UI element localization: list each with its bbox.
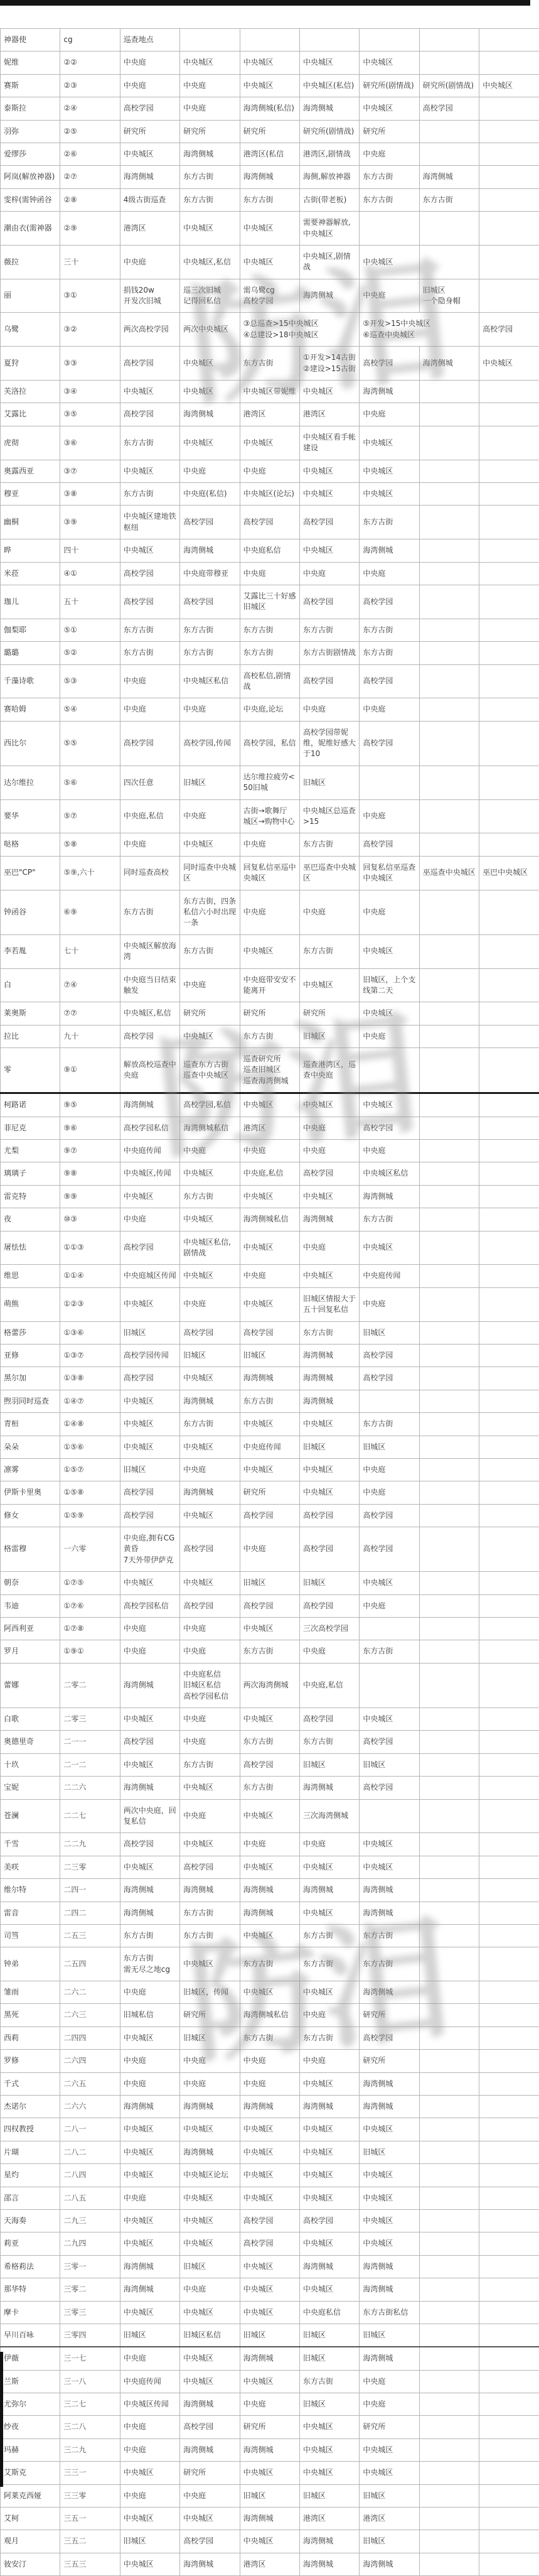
patrol-location-cell: 中央城区 xyxy=(360,1572,419,1594)
cg-number-cell: 四十 xyxy=(60,539,120,562)
empty-cell xyxy=(419,1287,479,1321)
table-row: 格雷穆一六零中央庭,拥有CG黄昏 7天外带伊萨克高校学园中央庭高校学园高校学园 xyxy=(1,1527,539,1572)
patrol-location-cell: 海湾侧城 xyxy=(180,2096,240,2118)
empty-cell xyxy=(479,2072,539,2095)
patrol-location-cell: 中央庭 xyxy=(120,2347,179,2370)
cg-number-cell: ①⑤⑨ xyxy=(60,1504,120,1527)
cg-number-cell: 二一一 xyxy=(60,1731,120,1753)
patrol-location-cell: 中央城区 xyxy=(180,2301,240,2324)
patrol-location-cell: 高校学园 xyxy=(299,1594,359,1617)
patrol-location-cell: 中央城区 xyxy=(299,2416,359,2438)
patrol-location-cell: 中央城区 xyxy=(120,2301,179,2324)
cg-number-cell: 二六四 xyxy=(60,2050,120,2072)
patrol-location-cell: 中央城区 xyxy=(120,2027,179,2049)
character-name-cell: 凛雾 xyxy=(1,1458,60,1481)
patrol-location-cell: 海湾侧城私信 xyxy=(180,1117,240,1139)
patrol-location-cell: 东方古街 xyxy=(120,1924,179,1947)
table-row: 伽梨耶⑤①东方古街东方古街东方古街东方古街东方古街 xyxy=(1,619,539,641)
patrol-location-cell: 中央城区 xyxy=(240,1287,299,1321)
patrol-location-cell: 中央庭 xyxy=(299,1231,359,1265)
patrol-location-cell: 巡查港湾区，巡查中央庭 xyxy=(299,1048,359,1093)
empty-cell xyxy=(419,1707,479,1730)
cg-number-cell: 二六五 xyxy=(60,2072,120,2095)
character-name-cell: 罗月 xyxy=(1,1640,60,1663)
table-row: 千雪二二九高校学园中央城区中央庭中央庭中央城区 xyxy=(1,1833,539,1856)
patrol-location-cell: 中央城区 xyxy=(180,426,240,460)
empty-cell xyxy=(479,482,539,505)
patrol-location-cell: 高校学园 xyxy=(299,1504,359,1527)
patrol-location-cell: 东方古街 xyxy=(180,166,240,188)
empty-cell xyxy=(419,833,479,856)
empty-cell xyxy=(419,1481,479,1504)
patrol-location-cell: 海侧,解放神器 xyxy=(299,166,359,188)
patrol-location-cell: 高校学园 xyxy=(360,833,419,856)
empty-cell xyxy=(479,1048,539,1093)
character-name-cell: 奥露西亚 xyxy=(1,460,60,482)
patrol-table-body: 妮维②②中央庭中央城区中央城区中央城区中央城区赛斯②③中央庭中央庭中央城区中央城… xyxy=(1,51,539,2576)
patrol-location-cell: 中央城区 xyxy=(240,1981,299,2004)
character-name-cell: 天海奏 xyxy=(1,2209,60,2232)
table-row: 青桓①④⑧中央城区东方古街中央城区中央城区东方古街 xyxy=(1,1413,539,1436)
empty-cell xyxy=(479,1093,539,1117)
table-row: 雏雨二六二中央庭旧城区，传闻中央城区中央城区海湾侧城 xyxy=(1,1981,539,2004)
table-row: 罗月①⑨①中央庭中央庭东方古街中央庭东方古街 xyxy=(1,1640,539,1663)
patrol-location-cell: 巡三次旧城 记得回私信 xyxy=(180,279,240,313)
patrol-location-cell: 高校学园 xyxy=(240,1594,299,1617)
empty-cell xyxy=(419,1321,479,1344)
patrol-location-cell: 中央庭 xyxy=(120,2187,179,2209)
empty-cell xyxy=(479,2232,539,2255)
cg-number-cell: ⑤⑧ xyxy=(60,833,120,856)
patrol-location-cell: 中央城区 xyxy=(299,968,359,1002)
empty-cell xyxy=(479,934,539,968)
patrol-location-cell: 东方古街 xyxy=(299,2370,359,2393)
patrol-location-cell: 中央庭 xyxy=(360,1481,419,1504)
table-row: 薇拉三十中央庭中央城区,私信中央城区中央城区,剧情战中央城区 xyxy=(1,245,539,279)
patrol-location-cell: 中央城区 xyxy=(360,2164,419,2187)
patrol-location-cell: 东方古街 xyxy=(180,1413,240,1436)
empty-cell xyxy=(419,51,479,74)
table-row: 杰诺尔二六六海湾侧城海湾侧城海湾侧城海湾侧城海湾侧城 xyxy=(1,2096,539,2118)
character-name-cell: 阿岚(解放神器) xyxy=(1,166,60,188)
patrol-location-cell: 中央城区 xyxy=(240,51,299,74)
patrol-location-cell: 两次中央城区 xyxy=(180,313,240,347)
patrol-location-cell: 中央庭 xyxy=(360,2370,419,2393)
patrol-location-cell: 旧城区 xyxy=(360,1321,419,1344)
patrol-location-cell: 东方古街 xyxy=(120,642,179,664)
patrol-location-cell: 中央城区 xyxy=(360,97,419,120)
table-row: 钟函谷⑥⑨东方古街东方古街，四条 私信六小时出现一条中央庭中央庭中央庭 xyxy=(1,890,539,934)
cg-number-cell: 三五一 xyxy=(60,2508,120,2530)
table-row: 艾露比③⑤高校学园海湾侧城港湾区港湾区中央庭 xyxy=(1,403,539,426)
empty-cell xyxy=(479,1731,539,1753)
patrol-location-cell: 东方古街 xyxy=(360,1413,419,1436)
patrol-location-cell: 旧城区 xyxy=(360,2141,419,2163)
character-name-cell: 阿莱克西娅 xyxy=(1,2484,60,2507)
patrol-location-cell: 东方古街私信 xyxy=(360,2301,419,2324)
empty-cell xyxy=(479,120,539,143)
empty-cell xyxy=(479,539,539,562)
patrol-location-cell: 中央城区,剧情战 xyxy=(299,245,359,279)
patrol-location-cell: 高校学园 xyxy=(299,1707,359,1730)
patrol-location-cell: 旧城区 xyxy=(360,2324,419,2347)
patrol-location-cell: 海湾侧城 xyxy=(299,1367,359,1390)
table-row: 屠怯怯①①③高校学园中央城区私信,剧情战中央城区中央庭中央城区 xyxy=(1,1231,539,1265)
cg-number-cell: ⑤⑨,六十 xyxy=(60,856,120,890)
patrol-location-cell: 研究所(剧情战) xyxy=(419,74,479,97)
patrol-location-cell: 东方古街 xyxy=(240,1947,299,1981)
patrol-location-cell: 高校学园 xyxy=(180,1856,240,1878)
patrol-location-cell: 中央城区,私信 xyxy=(180,245,240,279)
character-name-cell: 达尔维拉 xyxy=(1,766,60,799)
empty-cell xyxy=(479,766,539,799)
table-row: 乌鹭③②两次高校学园两次中央城区③总巡查>15中央城区 ④总建设>18中央城区⑤… xyxy=(1,313,539,347)
cg-number-cell: 五十 xyxy=(60,585,120,619)
patrol-location-cell: 中央城区 xyxy=(120,2462,179,2484)
patrol-location-cell: 中央城区 xyxy=(120,2553,179,2575)
patrol-location-cell: 研究所 xyxy=(240,1481,299,1504)
table-row: 那华特三零二海湾侧城中央庭中央城区中央城区海湾侧城 xyxy=(1,2278,539,2301)
cg-number-cell: ①③⑥ xyxy=(60,1321,120,1344)
patrol-location-cell: 高校学园 xyxy=(360,2027,419,2049)
character-name-cell: 邵言 xyxy=(1,2187,60,2209)
patrol-location-cell: 中央庭 xyxy=(180,1731,240,1753)
patrol-location-cell: 研究所 xyxy=(240,2416,299,2438)
table-row: 片瑚二八二中央城区海湾侧城中央城区中央城区旧城区 xyxy=(1,2141,539,2163)
patrol-location-cell: 海湾侧城私信 xyxy=(240,2004,299,2027)
empty-cell xyxy=(479,562,539,585)
patrol-location-cell: 旧城区情报大于五十回复私信 xyxy=(299,1287,359,1321)
character-name-cell: 钟弟 xyxy=(1,1947,60,1981)
empty-cell xyxy=(360,1390,419,1412)
table-row: 星灼二八四中央城区中央城区论坛中央城区中央城区中央城区 xyxy=(1,2164,539,2187)
patrol-location-cell: 东方古街 xyxy=(360,1640,419,1663)
patrol-location-cell: 中央庭 xyxy=(299,1833,359,1856)
empty-cell xyxy=(479,97,539,120)
cg-number-cell: 三十 xyxy=(60,245,120,279)
character-name-cell: 杰诺尔 xyxy=(1,2096,60,2118)
table-row: 天海奏二九三中央城区中央城区高校学园高校学园中央城区 xyxy=(1,2209,539,2232)
table-row: 阿岚(解放神器)②⑦海湾侧城东方古街海湾侧城海侧,解放神器东方古街海湾侧城 xyxy=(1,166,539,188)
empty-cell xyxy=(479,1618,539,1640)
patrol-location-cell: 中央城区 xyxy=(180,1436,240,1458)
patrol-location-cell: 港湾区 xyxy=(240,1117,299,1139)
empty-cell xyxy=(419,1344,479,1366)
empty-cell xyxy=(419,1048,479,1093)
patrol-location-cell: 中央城区 xyxy=(240,1707,299,1730)
table-row: 雷音二四二海湾侧城东方古街海湾侧城中央城区海湾侧城 xyxy=(1,1902,539,1924)
empty-cell xyxy=(419,1663,479,1707)
patrol-location-cell: 中央庭 xyxy=(360,1458,419,1481)
empty-cell xyxy=(479,2553,539,2575)
cg-number-cell: 三零三 xyxy=(60,2301,120,2324)
empty-cell xyxy=(479,1025,539,1047)
patrol-location-cell: 海湾侧城 xyxy=(120,1093,179,1117)
patrol-location-cell: 中央城区私信 xyxy=(360,1162,419,1185)
patrol-location-cell: 东方古街 xyxy=(180,642,240,664)
cg-number-cell: 七十 xyxy=(60,934,120,968)
cg-number-cell: 三二八 xyxy=(60,2416,120,2438)
empty-cell xyxy=(479,1902,539,1924)
character-name-cell: 煦羽同时巡查 xyxy=(1,1390,60,1412)
character-name-cell: 修女 xyxy=(1,1504,60,1527)
table-row: 尤梨⑨⑦中央庭传闻中央庭中央庭中央庭中央庭 xyxy=(1,1140,539,1162)
patrol-location-cell: 研究所 xyxy=(240,120,299,143)
patrol-location-cell: 中央城区 xyxy=(180,1025,240,1047)
empty-cell xyxy=(479,2462,539,2484)
patrol-location-cell: 中央城区带妮维 xyxy=(240,381,299,403)
empty-cell xyxy=(479,1185,539,1208)
character-name-cell: 西比尔 xyxy=(1,721,60,766)
cg-number-cell: 二零三 xyxy=(60,1707,120,1730)
left-border-strip xyxy=(0,2352,3,2487)
empty-cell xyxy=(479,2393,539,2416)
patrol-location-cell: 东方古街 xyxy=(240,1640,299,1663)
table-row: 巫巴"CP"⑤⑨,六十同时巡查高校同时巡查中央城区回复私信巫巡中央城区巫巴巡查中… xyxy=(1,856,539,890)
patrol-location-cell: 中央城区 xyxy=(120,1287,179,1321)
table-row: 千式二六五中央庭中央庭中央庭中央城区海湾侧城 xyxy=(1,2072,539,2095)
empty-cell xyxy=(419,1527,479,1572)
cg-number-cell: 三零二 xyxy=(60,2278,120,2301)
table-row: 奥德里奇二一一高校学园中央庭东方古街东方古街高校学园 xyxy=(1,1731,539,1753)
character-name-cell: 璃璃子 xyxy=(1,1162,60,1185)
patrol-location-cell: 艾露比三十好感旧城区 xyxy=(240,585,299,619)
cg-number-cell: ②⑥ xyxy=(60,143,120,165)
patrol-location-cell: 旧城区 xyxy=(240,2484,299,2507)
patrol-location-cell: 中央城区 xyxy=(240,2278,299,2301)
empty-cell xyxy=(479,2187,539,2209)
patrol-location-cell: 港湾区 xyxy=(120,212,179,246)
patrol-location-cell: 巡查东方古街 巡查中央城区 xyxy=(180,1048,240,1093)
empty-cell xyxy=(419,2164,479,2187)
patrol-location-cell: 海湾侧城 xyxy=(240,2438,299,2461)
patrol-location-cell: 中央庭,拥有CG黄昏 7天外带伊萨克 xyxy=(120,1527,179,1572)
character-name-cell: 零 xyxy=(1,1048,60,1093)
empty-cell xyxy=(479,642,539,664)
patrol-location-cell: 中央城区 xyxy=(360,2209,419,2232)
patrol-location-cell: 古街→歌舞厅 城区→购物中心 xyxy=(240,799,299,833)
patrol-location-cell: 中央城区 xyxy=(360,2118,419,2141)
patrol-location-cell: 中央庭传闻 xyxy=(240,1436,299,1458)
patrol-location-cell: 中央城区 xyxy=(120,539,179,562)
empty-cell xyxy=(479,721,539,766)
empty-cell xyxy=(419,1947,479,1981)
patrol-location-cell: 东方古街 xyxy=(180,188,240,211)
patrol-location-cell: 高校学园 xyxy=(120,562,179,585)
empty-cell xyxy=(360,1799,419,1833)
empty-cell xyxy=(419,1504,479,1527)
patrol-location-cell: 高校学园 xyxy=(360,1367,419,1390)
patrol-location-cell: 旧城区 xyxy=(299,1753,359,1776)
patrol-location-cell: 东方古街 xyxy=(240,2027,299,2049)
patrol-location-cell: 旧城区 xyxy=(240,1572,299,1594)
cg-number-cell: 三三零 xyxy=(60,2484,120,2507)
patrol-location-cell: 中央城区 xyxy=(299,1458,359,1481)
empty-cell xyxy=(479,1321,539,1344)
empty-cell xyxy=(479,51,539,74)
empty-cell xyxy=(479,1413,539,1436)
cg-number-cell: 三五三 xyxy=(60,2553,120,2575)
empty-cell xyxy=(419,642,479,664)
patrol-location-cell: 中央庭带安安不能离开 xyxy=(240,968,299,1002)
patrol-location-cell: 中央庭 xyxy=(299,890,359,934)
patrol-location-cell: 港湾区 xyxy=(240,403,299,426)
table-row: 朵朵①⑤⑥中央城区中央城区中央庭传闻旧城区旧城区 xyxy=(1,1436,539,1458)
patrol-location-cell: 巫巴巡查中央城区 xyxy=(299,856,359,890)
character-name-cell: 萌熊 xyxy=(1,1287,60,1321)
empty-cell xyxy=(479,1594,539,1617)
patrol-location-cell: 东方古街 xyxy=(240,1390,299,1412)
empty-cell xyxy=(419,934,479,968)
cg-number-cell: ⑤③ xyxy=(60,664,120,698)
patrol-location-cell: 高校学园 xyxy=(360,1527,419,1572)
table-row: 幽桐③⑨中央城区建地铁枢纽高校学园高校学园高校学园东方古街 xyxy=(1,506,539,539)
patrol-location-cell: 中央庭带穆亚 xyxy=(180,562,240,585)
empty-cell xyxy=(479,1140,539,1162)
patrol-location-cell: 中央城区 xyxy=(240,426,299,460)
patrol-location-cell: 中央城区 xyxy=(240,74,299,97)
patrol-location-cell: 中央庭 xyxy=(180,1458,240,1481)
empty-cell xyxy=(479,1707,539,1730)
patrol-location-cell: 旧城区 xyxy=(120,2324,179,2347)
empty-cell xyxy=(419,890,479,934)
character-name-cell: 早川百咏 xyxy=(1,2324,60,2347)
patrol-location-cell: 中央城区 xyxy=(180,212,240,246)
empty-cell xyxy=(419,2187,479,2209)
empty-cell xyxy=(360,1048,419,1093)
cg-number-cell: ①⑦⑥ xyxy=(60,1594,120,1617)
patrol-location-cell: ①开发>14古街 ②建设>15古街 xyxy=(299,347,359,381)
patrol-location-cell: 东方古街 xyxy=(360,1924,419,1947)
table-row: 白歌二零三中央城区中央庭中央城区高校学园中央城区 xyxy=(1,1707,539,1730)
empty-cell xyxy=(419,1753,479,1776)
empty-cell xyxy=(419,381,479,403)
patrol-location-cell: 高校学园 xyxy=(299,1527,359,1572)
patrol-location-cell: 中央庭 xyxy=(120,1981,179,2004)
character-name-cell: 西莉 xyxy=(1,2027,60,2049)
empty-cell xyxy=(419,1002,479,1025)
table-row: 阿西利亚①⑦⑧中央庭中央庭中央城区三次高校学园 xyxy=(1,1618,539,1640)
character-name-cell: 千式 xyxy=(1,2072,60,2095)
empty-cell xyxy=(419,721,479,766)
cg-number-cell: ⑤⑦ xyxy=(60,799,120,833)
patrol-location-cell: 中央城区 xyxy=(120,2141,179,2163)
patrol-location-cell: 海湾侧城 xyxy=(240,2347,299,2370)
patrol-location-cell: 旧城区 xyxy=(299,1025,359,1047)
table-row: 泰斯拉②④高校学园中央庭海湾侧城(私信)海湾侧城中央城区高校学园 xyxy=(1,97,539,120)
empty-cell xyxy=(419,460,479,482)
patrol-location-cell: 中央城区 xyxy=(120,1572,179,1594)
patrol-location-cell: 中央城区 xyxy=(120,460,179,482)
patrol-location-cell: 旧城区 xyxy=(299,2393,359,2416)
patrol-location-cell: 海湾侧城 xyxy=(240,2096,299,2118)
table-row: 维思①①④中央庭城区传闻中央城区中央庭中央城区中央庭传闻 xyxy=(1,1265,539,1287)
character-name-cell: 格雷穆 xyxy=(1,1527,60,1572)
patrol-location-cell: 海湾侧城 xyxy=(180,2141,240,2163)
table-row: 玛赫三二九中央庭海湾侧城海湾侧城中央城区中央城区 xyxy=(1,2438,539,2461)
cg-number-cell: ⑨① xyxy=(60,1048,120,1093)
patrol-location-cell: 中央城区 xyxy=(120,2508,179,2530)
patrol-location-cell: 海湾侧城 xyxy=(240,1902,299,1924)
empty-cell xyxy=(419,120,479,143)
empty-cell xyxy=(419,2141,479,2163)
character-name-cell: 千雪 xyxy=(1,1833,60,1856)
patrol-location-cell: 中央庭私信 xyxy=(240,539,299,562)
patrol-location-cell: 研究所(剧情战) xyxy=(299,120,359,143)
patrol-location-cell: 东方古街 xyxy=(120,619,179,641)
patrol-location-cell: 海湾侧城 xyxy=(180,2438,240,2461)
character-name-cell: 伽梨耶 xyxy=(1,619,60,641)
patrol-location-cell: 中央庭,论坛 xyxy=(240,698,299,721)
empty-cell xyxy=(419,1640,479,1663)
empty-cell xyxy=(479,1265,539,1287)
patrol-location-cell: 中央庭 xyxy=(299,1640,359,1663)
patrol-location-cell: 中央庭 xyxy=(240,1140,299,1162)
patrol-location-cell: 高校学园 xyxy=(240,1753,299,1776)
patrol-location-cell: 高校学园 xyxy=(180,1527,240,1572)
patrol-location-cell: 高校学园 xyxy=(360,347,419,381)
cg-number-cell: ③⑥ xyxy=(60,426,120,460)
empty-cell xyxy=(419,1572,479,1594)
table-row: 伊斯卡里奥①⑤⑧高校学园海湾侧城研究所中央城区中央庭 xyxy=(1,1481,539,1504)
empty-cell xyxy=(419,1413,479,1436)
patrol-location-cell: 中央城区 xyxy=(240,1799,299,1833)
empty-cell xyxy=(419,766,479,799)
empty-cell xyxy=(419,2484,479,2507)
cg-number-cell: ⑤④ xyxy=(60,698,120,721)
empty-cell xyxy=(479,1924,539,1947)
patrol-location-cell: 中央城区 xyxy=(299,1265,359,1287)
table-row: 伊薇三一七中央庭中央城区海湾侧城旧城区海湾侧城 xyxy=(1,2347,539,2370)
patrol-location-cell: 中央庭 xyxy=(240,2050,299,2072)
cg-number-cell: ①⑦⑤ xyxy=(60,1572,120,1594)
patrol-location-cell: 中央庭私信 xyxy=(299,2301,359,2324)
character-name-cell: 朝奈 xyxy=(1,1572,60,1594)
table-row: 夏狩③③高校学园中央城区东方古街①开发>14古街 ②建设>15古街高校学园海湾侧… xyxy=(1,347,539,381)
patrol-location-cell: 中央城区 xyxy=(240,1231,299,1265)
cg-number-cell: 二六六 xyxy=(60,2096,120,2118)
table-row: 萌熊①②③中央城区中央庭中央城区旧城区情报大于五十回复私信中央庭 xyxy=(1,1287,539,1321)
patrol-location-cell: 中央庭 xyxy=(120,698,179,721)
patrol-location-cell: 海湾侧城 xyxy=(299,97,359,120)
patrol-location-cell: 中央城区 xyxy=(299,460,359,482)
cg-number-cell: ①⑦⑧ xyxy=(60,1618,120,1640)
empty-cell xyxy=(479,2118,539,2141)
patrol-location-cell: 海湾侧城私信 xyxy=(240,1208,299,1231)
patrol-location-cell: 中央城区(私信) xyxy=(299,74,359,97)
empty-cell xyxy=(479,619,539,641)
empty-cell xyxy=(419,1436,479,1458)
empty-cell xyxy=(479,426,539,460)
empty-cell xyxy=(479,2416,539,2438)
patrol-location-cell: 中央城区 xyxy=(360,460,419,482)
cg-number-cell: 三零四 xyxy=(60,2324,120,2347)
character-name-cell: 艾柯 xyxy=(1,2508,60,2530)
patrol-location-cell: 东方古街 xyxy=(120,426,179,460)
table-row: 柯路诺⑨⑤海湾侧城高校学园,私信中央城区中央城区中央城区 xyxy=(1,1093,539,1117)
cg-number-cell: ⑨⑨ xyxy=(60,1185,120,1208)
patrol-location-cell: 高校学园 xyxy=(419,97,479,120)
empty-cell xyxy=(419,1093,479,1117)
patrol-location-cell: 中央庭 xyxy=(299,1140,359,1162)
cg-number-cell: ⑤⑥ xyxy=(60,766,120,799)
patrol-location-cell: 中央城区 xyxy=(479,347,539,381)
table-row: 纱夜三二八中央庭高校学园研究所中央城区研究所 xyxy=(1,2416,539,2438)
cg-number-cell: 二二九 xyxy=(60,1833,120,1856)
patrol-location-cell: 海湾侧城 xyxy=(120,2278,179,2301)
patrol-location-cell: 中央庭 xyxy=(120,74,179,97)
patrol-location-cell: 高校学园 xyxy=(479,313,539,347)
